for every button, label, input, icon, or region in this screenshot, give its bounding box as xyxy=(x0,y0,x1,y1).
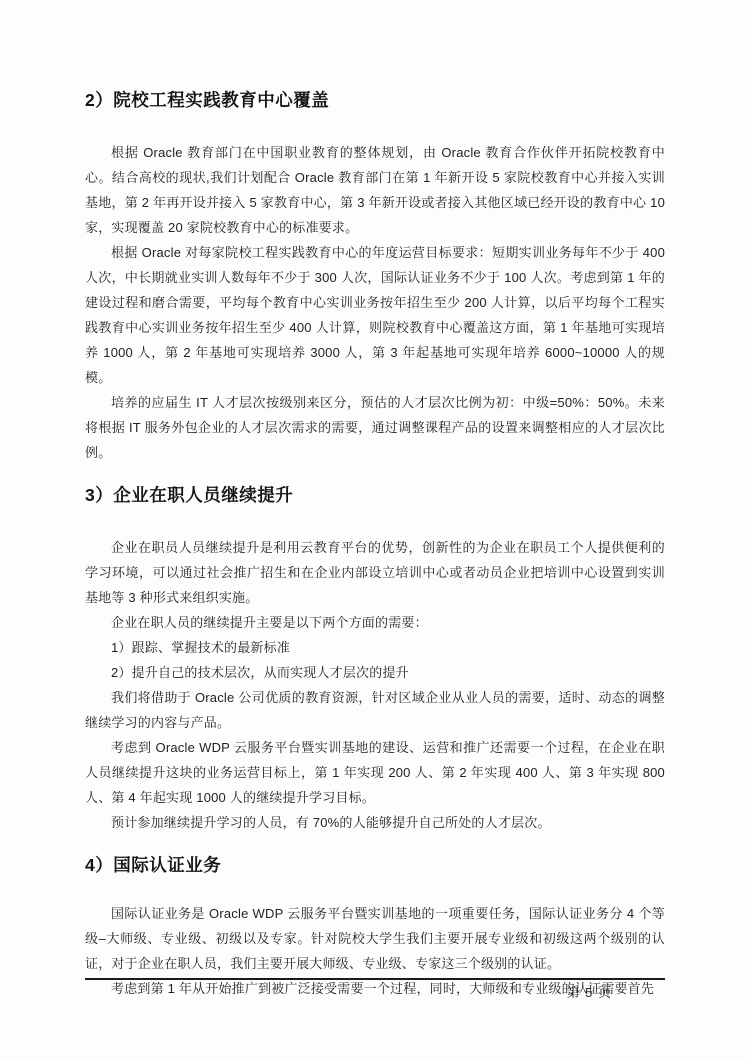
section-3-paragraph-2: 企业在职人员的继续提升主要是以下两个方面的需要： xyxy=(85,610,665,635)
section-college-center-coverage: 2）院校工程实践教育中心覆盖 根据 Oracle 教育部门在中国职业教育的整体规… xyxy=(85,88,665,465)
section-3-heading: 3）企业在职人员继续提升 xyxy=(85,483,665,507)
footer-rule xyxy=(85,978,665,980)
section-3-paragraph-5: 我们将借助于 Oracle 公司优质的教育资源，针对区域企业从业人员的需要，适时… xyxy=(85,685,665,735)
section-2-paragraph-3: 培养的应届生 IT 人才层次按级别来区分，预估的人才层次比例为初：中级=50%：… xyxy=(85,390,665,465)
section-3-paragraph-1: 企业在职员人员继续提升是利用云教育平台的优势，创新性的为企业在职员工个人提供便利… xyxy=(85,535,665,610)
section-3-list-item-2: 2）提升自己的技术层次，从而实现人才层次的提升 xyxy=(85,660,665,685)
page-number: 第 5 页 xyxy=(567,984,612,1002)
section-employee-advancement: 3）企业在职人员继续提升 企业在职员人员继续提升是利用云教育平台的优势，创新性的… xyxy=(85,483,665,835)
section-2-paragraph-1: 根据 Oracle 教育部门在中国职业教育的整体规划，由 Oracle 教育合作… xyxy=(85,140,665,240)
section-4-paragraph-1: 国际认证业务是 Oracle WDP 云服务平台暨实训基地的一项重要任务，国际认… xyxy=(85,901,665,976)
section-2-paragraph-2: 根据 Oracle 对每家院校工程实践教育中心的年度运营目标要求：短期实训业务每… xyxy=(85,240,665,390)
section-3-paragraph-6: 考虑到 Oracle WDP 云服务平台暨实训基地的建设、运营和推广还需要一个过… xyxy=(85,735,665,810)
section-3-paragraph-7: 预计参加继续提升学习的人员，有 70%的人能够提升自己所处的人才层次。 xyxy=(85,810,665,835)
section-4-heading: 4）国际认证业务 xyxy=(85,853,665,877)
document-page: 2）院校工程实践教育中心覆盖 根据 Oracle 教育部门在中国职业教育的整体规… xyxy=(0,0,750,1060)
section-3-list-item-1: 1）跟踪、掌握技术的最新标准 xyxy=(85,635,665,660)
section-2-heading: 2）院校工程实践教育中心覆盖 xyxy=(85,88,665,112)
